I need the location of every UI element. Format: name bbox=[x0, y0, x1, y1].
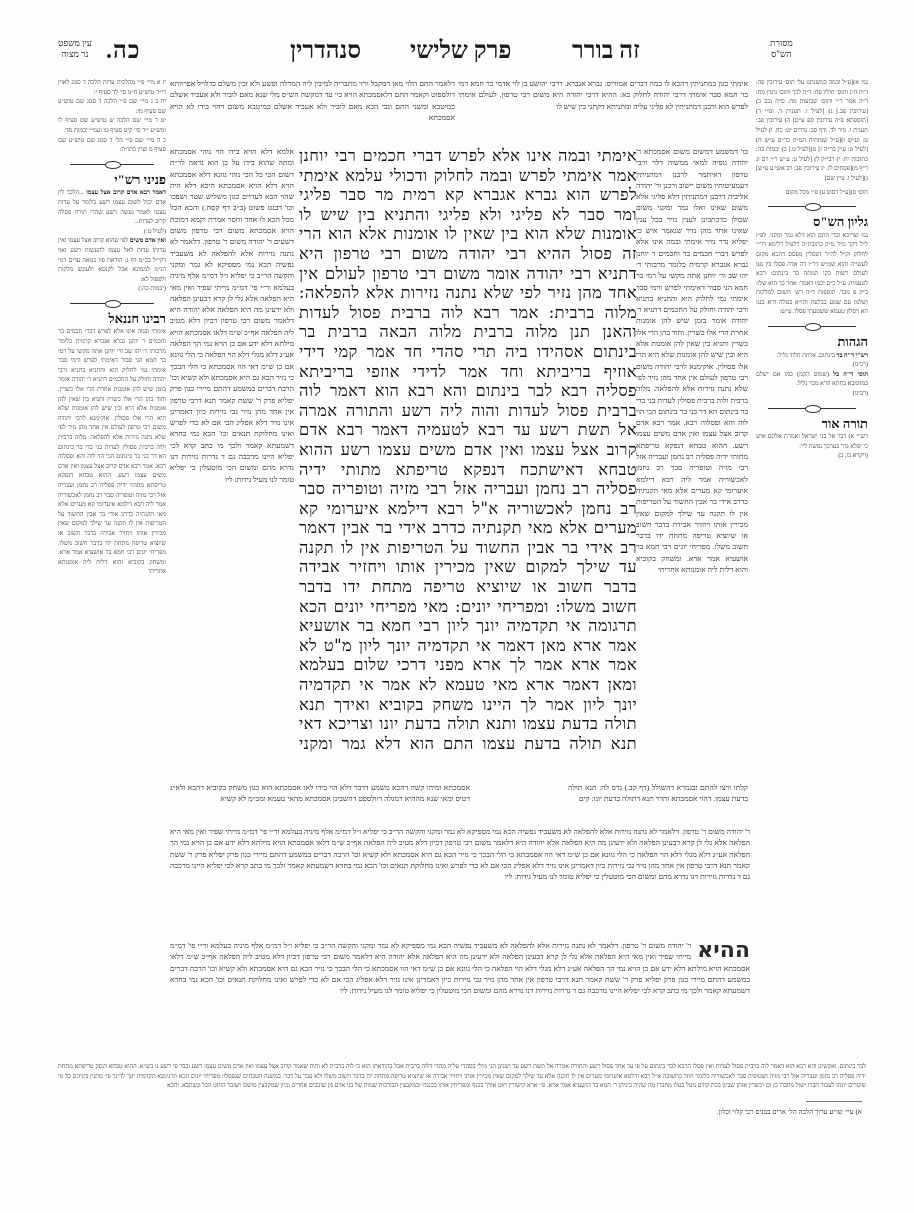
hagahot-entry: תוס' ד"ה כל (שמוס הקמ) כמו אם ישלם במזומ… bbox=[756, 370, 868, 399]
ner-mitzvah-label: נר מצוה bbox=[58, 49, 92, 60]
rashi-text: קלתו ורצו להתם ובגמרא דהשולל (דף קב.) גר… bbox=[568, 783, 748, 803]
bottom-rabbeinu-chananel: לבר בינתום. ואקשינן והא רבא הוא דאמר לוה… bbox=[58, 1062, 866, 1098]
tosafot-continuation: ר' יהודה משום ר' טרפון. דלאמר לא נתנה נז… bbox=[170, 237, 294, 483]
ornament-divider bbox=[70, 298, 154, 308]
torah-or-ref: (ויקרא כז, ב) bbox=[756, 451, 868, 461]
tosafot-text: אלמא דלא הויא בידו הוי נוהי אסמכתא ומתה … bbox=[170, 147, 294, 246]
rashi-bottom: קלתו ורצו להתם ובגמרא דהשולל (דף קב.) גר… bbox=[568, 782, 748, 822]
hagahot-lead: תוס' ד"ה כל bbox=[833, 371, 868, 378]
footnote: א) עיי׳ שו״ע ערוך הלכה הל׳ ארים בבנים רב… bbox=[717, 1108, 862, 1116]
lower-commentary-text: ר' יהודה משום ר' טרפון. דלאמר לא נתנה נז… bbox=[170, 827, 750, 881]
tosafot-top: דלאמר התם הלוי מאן דמקבל ורזי מתבריה למי… bbox=[170, 78, 455, 144]
hagahot-ref: (רבינו) bbox=[756, 389, 868, 399]
ein-mishpat-masthead: עין משפט נר מצוה bbox=[58, 38, 92, 60]
ein-mishpat-entry: כ ה מיי׳ שם פ״י הל׳ ד סמג שם טוש״ע שם סע… bbox=[58, 136, 166, 155]
hagahot-lead: רש"י ד"ה בר bbox=[836, 352, 868, 359]
rashi-continuation: אימתי ובמה אינו אלא לפרש דברי חכמים בר ו… bbox=[636, 237, 748, 574]
hagahot-text: בינתום. ארוזת חלוד נליל: bbox=[777, 352, 835, 359]
tosafot-bottom: אסמכתא ומיהו קשה דהכא משמע דדבר דלא הוי … bbox=[170, 782, 470, 822]
hashas-label: הש"ס bbox=[770, 49, 793, 60]
footnote-rule bbox=[806, 1101, 862, 1102]
ornament-divider bbox=[768, 403, 856, 413]
ornament-divider bbox=[70, 159, 154, 169]
chapter-number: פרק שלישי bbox=[410, 38, 511, 65]
ein-mishpat-entry: יט ד מיי׳ שם הלכה ש טוש״ע שם סעיף לו ומש… bbox=[58, 116, 166, 135]
rashi-text: אימתי כגון במתניתין דהכא לו כמה דברים אמ… bbox=[458, 79, 748, 111]
tosafot-text: דלאמר התם הלוי מאן דמקבל ורזי מתבריה למי… bbox=[170, 79, 455, 122]
tractate-title: סנהדרין bbox=[290, 38, 361, 65]
pninei-rashi-heading: פניני רש"י bbox=[58, 175, 166, 185]
gemara-text: אימתי ובמה אינו אלא לפרש דברי חכמים רבי … bbox=[299, 146, 637, 756]
hahi-commentary-text: ר' יהודה משום ר' טרפון. דלאמר לא נתנה נז… bbox=[170, 941, 750, 995]
rashi-top: אימתי כגון במתניתין דהכא לו כמה דברים אמ… bbox=[458, 78, 748, 144]
ein-mishpat-entry: יח ב ג מיי׳ שם פ״י הלכה ד סמג שם טוש״ע ש… bbox=[58, 97, 166, 116]
pninei-rashi-lead: דאמר רבא אדם קרוב אצל עצמו bbox=[86, 189, 166, 196]
rabbeinu-chananel-heading: רבינו חננאל bbox=[58, 314, 166, 324]
hagahot-heading: הגהות bbox=[756, 337, 868, 347]
tosafot-text: אסמכתא ומיהו קשה דהכא משמע דדבר דלא הוי … bbox=[170, 783, 470, 803]
ein-mishpat-label: עין משפט bbox=[58, 38, 92, 49]
gilyon-hashas-heading: גליון הש"ס bbox=[756, 217, 868, 227]
pninei-rashi-entry: ואין אדם משים לפי שהוא קרוב אצל עצמו ואי… bbox=[58, 236, 166, 294]
page-number: כה. bbox=[106, 38, 141, 65]
mesoret-hashas-masthead: מסורת הש"ס bbox=[770, 38, 793, 60]
torah-or-heading: תורה אור bbox=[756, 419, 868, 429]
mesoret-hashas-text: גמ׳ א)[ע״ל ובמה במשנתנו על׳ תוס׳ עירובין… bbox=[756, 78, 868, 184]
dibbur-hamatchil-ההיא: ההיא bbox=[697, 940, 750, 962]
torah-or-text: רש"י א) דבר אל בני ישראל ואמרת אלהם איש … bbox=[756, 432, 868, 451]
rashi-text: כו' דמשמע דמשום משום אסמכתא ר' יהודה גופ… bbox=[636, 147, 748, 246]
pninei-rashi-lead: ואין אדם משים bbox=[130, 237, 166, 244]
lower-commentary-block: ר' יהודה משום ר' טרפון. דלאמר לא נתנה נז… bbox=[170, 826, 750, 936]
rabbeinu-chananel-text: אימתי ובמה אינו אלא לפרש דברי חכמים בר ו… bbox=[58, 327, 166, 576]
right-margin: גמ׳ א)[ע״ל ובמה במשנתנו על׳ תוס׳ עירובין… bbox=[756, 78, 868, 1068]
ornament-divider bbox=[768, 321, 856, 331]
ein-mishpat-entry: יז א מיי׳ פ״י מהלכות עדות הלכה ד סמג לאו… bbox=[58, 78, 166, 97]
left-margin: יז א מיי׳ פ״י מהלכות עדות הלכה ד סמג לאו… bbox=[58, 78, 166, 1048]
mesoret-label: מסורת bbox=[770, 38, 793, 49]
chapter-name: זה בורר bbox=[572, 38, 640, 65]
ornament-divider bbox=[768, 201, 856, 211]
hahi-commentary-block: ההיא ר' יהודה משום ר' טרפון. דלאמר לא נת… bbox=[170, 940, 750, 1050]
gilyon-hashas-text: גמ׳ וצריכא ובדי התם הוא דלא גמר ומקני. ל… bbox=[756, 231, 868, 317]
hagahot-ref: (רבינו) bbox=[756, 360, 868, 370]
pninei-rashi-entry: דאמר רבא אדם קרוב אצל עצמו ...הלכך לין א… bbox=[58, 188, 166, 236]
page-header: עין משפט נר מצוה כה. סנהדרין פרק שלישי ז… bbox=[0, 38, 914, 72]
hagahot-entry: רש"י ד"ה בר בינתום. ארוזת חלוד נליל: (רב… bbox=[756, 351, 868, 370]
rashi-side: כו' דמשמע דמשום משום אסמכתא ר' יהודה גופ… bbox=[636, 146, 748, 776]
pninei-rashi-ref: (יבמות כה:) bbox=[58, 284, 166, 294]
tosafot-side: אלמא דלא הויא בידו הוי נוהי אסמכתא ומתה … bbox=[170, 146, 294, 776]
mesoret-tosafot-ref: תוס׳ ס)[ע״ל דסוס ע) פ״י מכל מקום bbox=[756, 188, 868, 198]
pninei-rashi-ref: (לעיל ט:) bbox=[58, 227, 166, 237]
